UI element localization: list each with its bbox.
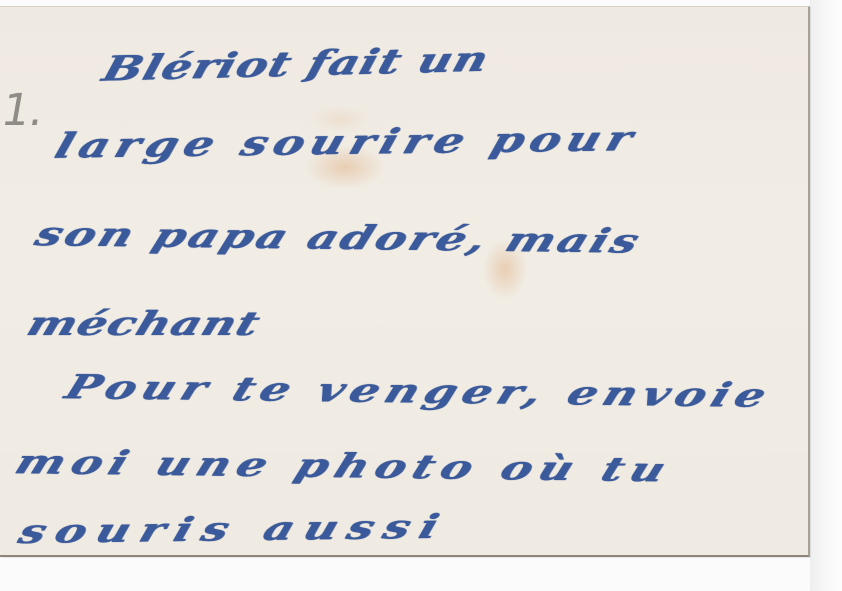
pencil-annotation: 1. <box>0 85 48 136</box>
handwritten-line-3: son papa adoré, mais <box>30 214 647 260</box>
handwritten-line-1: Blériot fait un <box>98 39 494 89</box>
handwritten-line-4: méchant <box>22 304 266 343</box>
handwritten-card: 1. Blériot fait un large sourire pour so… <box>0 6 810 557</box>
handwritten-line-5: Pour te venger, envoie <box>60 367 778 415</box>
handwritten-line-6: moi une photo où tu <box>10 442 678 489</box>
handwritten-line-2: large sourire pour <box>50 118 643 166</box>
handwritten-line-7: souris aussi <box>14 507 454 551</box>
scan-background <box>810 0 842 591</box>
